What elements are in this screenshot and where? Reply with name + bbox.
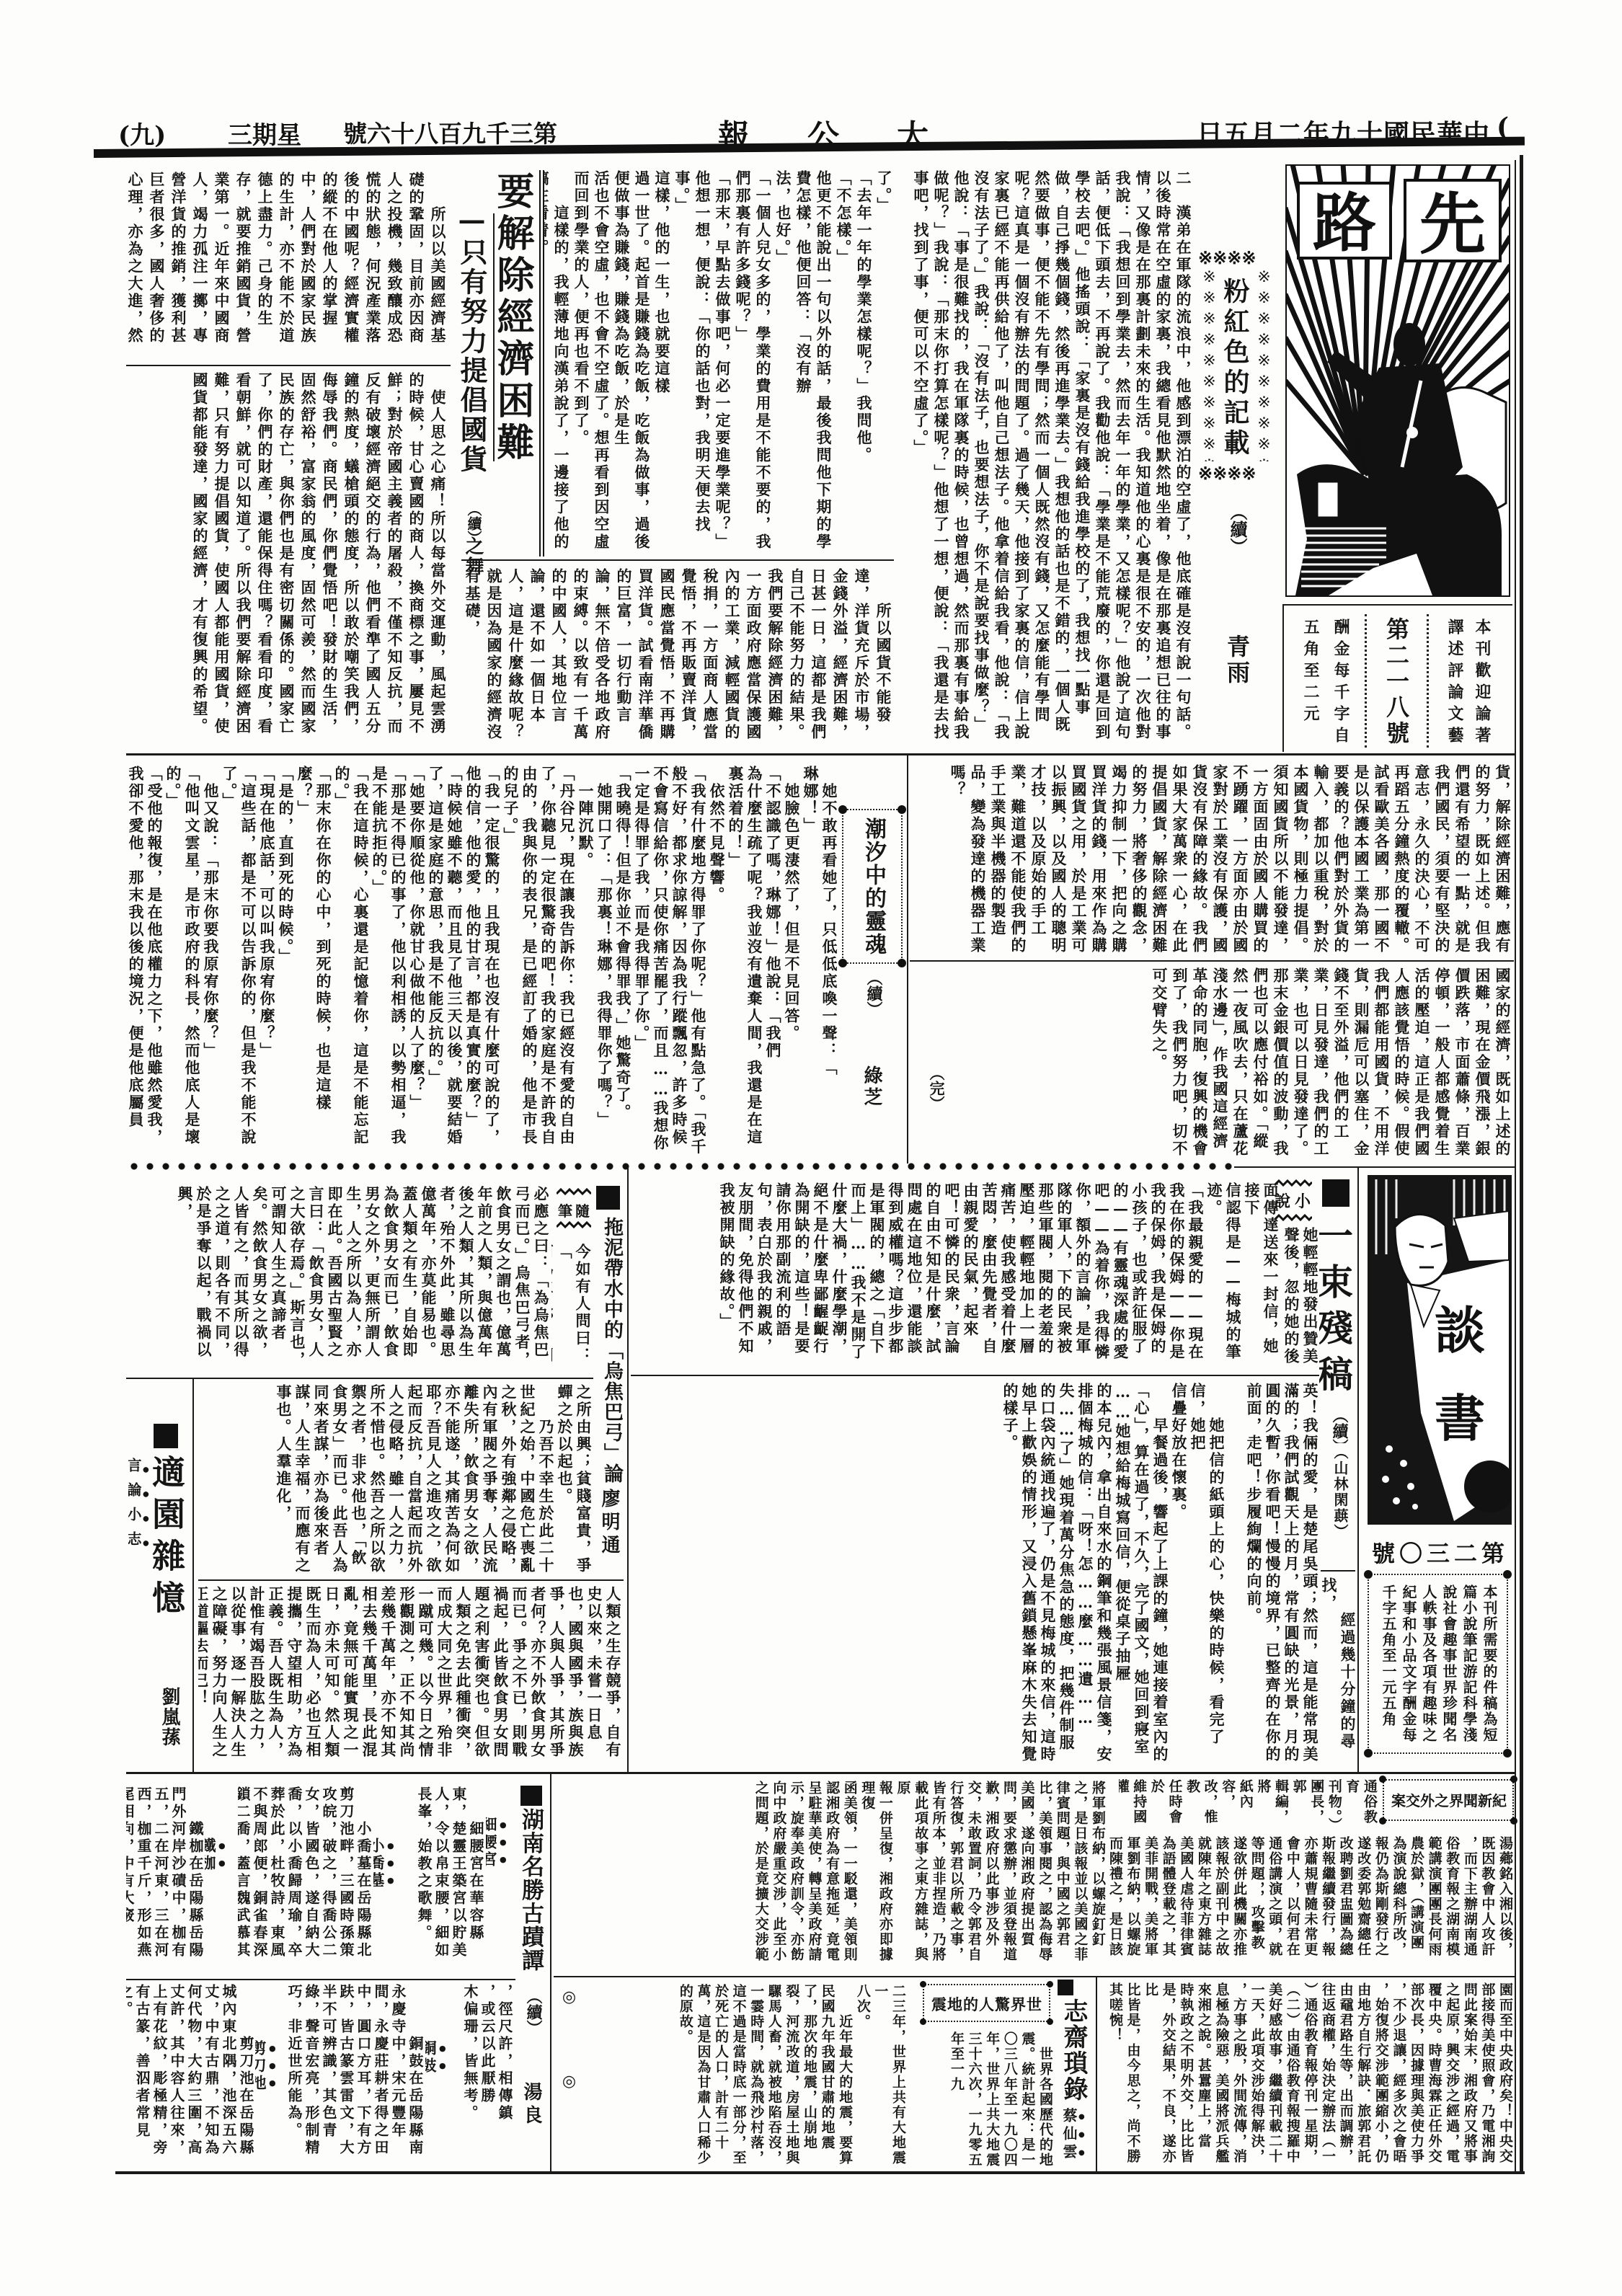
- corner-ornament: [898, 805, 906, 814]
- issue-number: 第三千九百八十六號: [343, 115, 557, 149]
- bundle-drafts-body-top: 面傳達送來一封信，她接下 信認得是——梅城的筆迹。 「我最親愛的——現在我在你的…: [631, 1182, 1280, 1371]
- pink-record-body: 二 漢弟在軍隊的流浪中，他感到漂泊的空虛了，他底確是沒有說一句話。以後時常在空虛…: [898, 170, 1193, 750]
- section-marker-square: [596, 1186, 620, 1210]
- tier-rule: [1321, 1570, 1355, 1572]
- star-border-bottom: ※※※※: [1198, 463, 1256, 484]
- article-title-news-diplomacy: 紀新聞界之外交案: [1391, 1789, 1507, 1810]
- corner-ornament: [920, 2018, 926, 2025]
- section-rule: [126, 1772, 1516, 1774]
- section-rule: [126, 753, 1516, 755]
- end-mark: （完）: [924, 1065, 947, 1123]
- section-rule: [1234, 1166, 1515, 1168]
- tier-rule: [126, 1979, 515, 1980]
- wavy-ornament: [557, 1188, 591, 1195]
- author-byline: 湯良: [520, 2082, 545, 2140]
- contribution-notice: 本刊所需要的件稿為短篇小說筆記游記科學淺說社會趣事世界珍聞名人軼事及各項有趣味之…: [1378, 1584, 1499, 1745]
- wavy-divider: [1427, 614, 1429, 748]
- article-title-muddle: 拖泥帶水中的「烏焦巴弓」論: [595, 1217, 626, 1485]
- column-rule: [550, 1774, 551, 2172]
- tier-rule: [554, 1976, 1516, 1977]
- zhizhai-body-continued: 二三年，世界上共有大地震一 八次。 近年最大的地震，要算 民國九年我國甘肅的地震…: [585, 1984, 907, 2170]
- entry-body-continued: ，徑尺許，相傳鎮 ，或云以此厭勝 木偏珊，皆無考。: [446, 1984, 513, 2170]
- entry-heading: 剪刀池: [255, 2040, 277, 2105]
- corner-ornament: [1510, 1817, 1517, 1825]
- corner-ornament: [1364, 1749, 1373, 1758]
- star-border-left: ※※※※※※※※※※: [1200, 268, 1218, 461]
- corner-ornament: [920, 1981, 926, 1987]
- economic-body-part-3: 所以國貨不能發達，洋貨充斥於市場，金錢外溢，經濟困難，日甚一日，這都是我們自己不…: [458, 568, 894, 750]
- illustration-title-char-1: 先: [1419, 185, 1486, 263]
- author-byline: 劉嵐蓀: [159, 1687, 183, 1747]
- star-border-top: ※※※※: [1198, 247, 1256, 268]
- corner-ornament: [1047, 2018, 1053, 2025]
- column-rule: [192, 1379, 194, 1772]
- illustration-title-char-2: 書: [1435, 1388, 1485, 1448]
- tier-rule: [126, 365, 451, 366]
- author-byline: （山林閑蕻）: [1326, 1445, 1351, 1560]
- supplement-issue-number: 第二一八號: [1383, 617, 1413, 750]
- entry-heading: 細腰宮: [486, 1817, 508, 1881]
- news-diplomacy-body-left: 將軍劉布納，以螺旋釘釘之，是日該報並以美國之菲律賓問題，與中國之郭君比，美領事閱…: [559, 1781, 1107, 1972]
- article-title-economic: 要解除經濟困難: [497, 172, 539, 474]
- continued-mark: （續）: [1226, 503, 1250, 555]
- corner-ornament: [1379, 1776, 1386, 1783]
- tanshu-illustration: 談 書: [1368, 1175, 1512, 1525]
- double-circle-ornament: ◎: [559, 2073, 578, 2094]
- xianlu-illustration: 先 路: [1285, 164, 1510, 597]
- entry-body: 細腰宮在華容縣東，楚靈王築宮以貯美人，令以帛束腰，細如長峯，始教之歌舞。: [405, 1786, 484, 1975]
- bundle-drafts-body-side: 經過幾十分鐘的尋找， 還是杳如黃鶴的一樣，這時: [1321, 1577, 1357, 1768]
- article-title-tide-soul: 潮汐中的靈魂: [857, 817, 889, 959]
- notice-line-4: 酬金每千字自: [1329, 619, 1352, 748]
- notice-border-left: [1282, 604, 1284, 752]
- entry-body: 鐵枷在岳陽縣岳陽門外河岸沙磧中，枷有五，二在河東，三在河西，枷重千斤，形如燕尾相…: [126, 1786, 204, 1975]
- article-subtitle-economic: —只有努力提倡國貨: [454, 203, 492, 503]
- section-marker-square: [1322, 1179, 1350, 1207]
- double-circle-ornament: ◎: [559, 1988, 578, 2010]
- muddle-body-top: 必應之曰：「為烏焦巴弓而已。」烏焦巴弓者，飲食男女之謂也，億萬年前之人類，與億萬…: [126, 1186, 550, 1375]
- news-diplomacy-body-main: 湯薌銘入湘以後， 既因教會中人攻訐 ，而下主辦湖南通 俗教育報之湖南模 範講演團…: [1107, 1836, 1514, 1973]
- article-title-hunan: 湖南名勝古蹟譚: [518, 1808, 547, 1974]
- supplement-issue-number: 第二三〇號: [1372, 1535, 1509, 1569]
- news-diplomacy-body-continued: 園而至中央政府矣！中央交 部接得美使照會，乃電湘詢 問此案始末，湘政府又將事 之…: [1103, 1982, 1514, 2170]
- notice-line-2: 譯述評論文藝: [1443, 619, 1466, 748]
- illustration-title-char-1: 談: [1435, 1300, 1485, 1360]
- corner-ornament: [1379, 1817, 1386, 1825]
- wavy-ornament: [1275, 1214, 1312, 1221]
- continued-mark: （續）: [1326, 1407, 1351, 1443]
- illustration-title-char-2: 路: [1313, 185, 1376, 260]
- muddle-body-middle: 之所由興；貧賤富貴，爭蟬之於以起也。 乃吾不幸生於此二十世紀之始，中國危亡喪亂之…: [198, 1384, 593, 1576]
- tide-soul-body: 她不敢再看她了，只低低底喚一聲：「 琳娜！」 她臉色更淒然了，但是不見回答。 「…: [126, 766, 838, 1161]
- article-title-bundle-drafts: 一束殘稿: [1319, 1217, 1358, 1406]
- column-rule: [627, 1168, 629, 1772]
- corner-ornament: [1503, 1749, 1512, 1758]
- entry-heading: 鐵枷: [205, 1838, 226, 1888]
- corner-ornament: [838, 805, 847, 814]
- author-byline: 青雨: [1223, 634, 1254, 692]
- economic-body-part-1: 所以以美國經濟基礎的鞏固，目前亦因商人之投機，幾致釀成恐慌的狀態，何況產業落後的…: [126, 172, 448, 360]
- tier-rule: [631, 1375, 1319, 1376]
- corner-ornament: [1503, 1570, 1512, 1579]
- wavy-divider: [1365, 614, 1367, 748]
- section-marker-square: [154, 1424, 178, 1448]
- tier-rule: [198, 1579, 624, 1581]
- section-label-essay: 隨筆: [558, 1200, 593, 1220]
- notice-line-5: 五角至二元: [1299, 619, 1322, 748]
- entry-heading: 銅鼓: [425, 2040, 447, 2091]
- corner-ornament: [1510, 1776, 1517, 1783]
- author-byline: 蔡仙雲: [1061, 2108, 1086, 2168]
- news-diplomacy-body-top: 通俗教育 刊物。） 團長，郭 輯編，將 紙內容， 改，惟教 任時會於 維持國權 …: [1119, 1779, 1378, 1837]
- headline-double-rule: [539, 170, 544, 557]
- article-title-zhizhai: 志齋瑣錄: [1057, 1998, 1091, 2104]
- section-marker-square: [520, 1786, 542, 1806]
- bundle-drafts-lead: 她輕輕地發出贊美 聲後，忽的她的後: [1282, 1227, 1319, 1371]
- star-border-right: ※※※※※※※※※※: [1254, 268, 1273, 461]
- article-title-garden: 適園雜憶: [150, 1455, 190, 1628]
- page-bottom-rule: [115, 2171, 1525, 2174]
- page-border-outer: [1520, 155, 1523, 2173]
- column-rule: [907, 755, 908, 1163]
- section-marker-square: [1058, 1980, 1073, 1995]
- column-rule: [1096, 1977, 1097, 2172]
- economic-body-part-2: 使人思之心痛！所以每當外交運動，風起雲湧的時候，甘心賣國的商人，換商標之事，屢見…: [126, 372, 448, 750]
- weekday: 星期三: [228, 115, 301, 151]
- entry-body: 小喬墓在岳陽縣北剪刀池畔，三國時孫策攻皖，破之，得喬公二女，皆國色，遂自納大喬，…: [238, 1786, 372, 1975]
- entry-body: 銅鼓在岳陽縣南永慶寺中，宋元豐年間，永慶莊耕者得之田中，圓口方耳，下有方趺，皆古…: [287, 1984, 424, 2170]
- newspaper-page: (九) 星期三 第三千九百八十六號 大公報 中華民國十九年二月五日 ( 先 路: [0, 0, 1622, 2296]
- subtitle-great-earthquakes: 世界驚人的地震: [931, 1993, 1042, 2015]
- entry-heading: 小喬墓: [373, 1838, 395, 1902]
- corner-ornament: [1047, 1981, 1053, 1987]
- muddle-body-bottom: 人類之生存競爭，自有史以來，未嘗一日息也，國與國爭，族與族爭，人與人爭，其所爭者…: [198, 1586, 622, 1768]
- diamond-ornament-rule: [126, 1161, 1234, 1171]
- section-label-fiction: 小說: [1275, 1189, 1315, 1212]
- headline-side-rule: [493, 213, 495, 461]
- zhizhai-body: 世界各國歷代的地震。統計起來：是一〇三八年至一九〇四年，世界上共大地震三十六次，…: [910, 2031, 1054, 2170]
- author-byline: 綠芝: [859, 1065, 885, 1117]
- pink-record-body-end: 了。」 「去年一年的學業怎樣呢？」我問他。 「不怎樣。」 他更不能說出一句以外的…: [544, 170, 894, 557]
- muddle-lead: 今如有人問曰：「 何為生人？」則吾: [551, 1244, 592, 1375]
- corner-ornament: [898, 959, 906, 967]
- wavy-ornament: [557, 1221, 591, 1228]
- economic-body-part-5: 國家的經濟，既如上述的困難，現在金價飛漲，銀價跌落，市面蕭條，百業停頓，一般人都…: [953, 967, 1512, 1158]
- corner-ornament: [838, 959, 847, 967]
- continued-mark: （續）: [520, 1988, 545, 2036]
- article-title-pink-record: 粉紅色的記載: [1220, 278, 1254, 465]
- entry-body: 剪刀池在岳陽縣城內東北隅，池深五六丈，中有古鼎，不知為何代物，大約三圍，高丈許，…: [126, 1984, 254, 2170]
- bundle-drafts-body-bottom: 英！我倆的愛，是楚尾吳頭；然而，這是能常現美滿的；我們試觀天上的月，常有圓缺的光…: [631, 1383, 1319, 1768]
- wavy-ornament: [1275, 1179, 1312, 1187]
- notice-line-1: 本刊歡迎論著: [1471, 619, 1494, 748]
- tier-rule: [910, 960, 1514, 962]
- tier-rule: [461, 559, 894, 561]
- economic-body-part-4: 貨，解除經濟困難，應有的努力，既如上述。但我們還有希望的一點，就是我們國民，須要…: [914, 764, 1512, 956]
- author-byline: 廖明通: [600, 1489, 623, 1561]
- continued-mark: （續）: [460, 502, 484, 536]
- page-number: (九): [118, 115, 166, 151]
- illustration-underline: [1283, 604, 1512, 606]
- continued-mark: （續）: [859, 970, 885, 1014]
- tier-rule: [126, 1378, 593, 1379]
- corner-ornament: [1364, 1570, 1373, 1579]
- section-label-commentary: 言論小志: [128, 1458, 150, 1559]
